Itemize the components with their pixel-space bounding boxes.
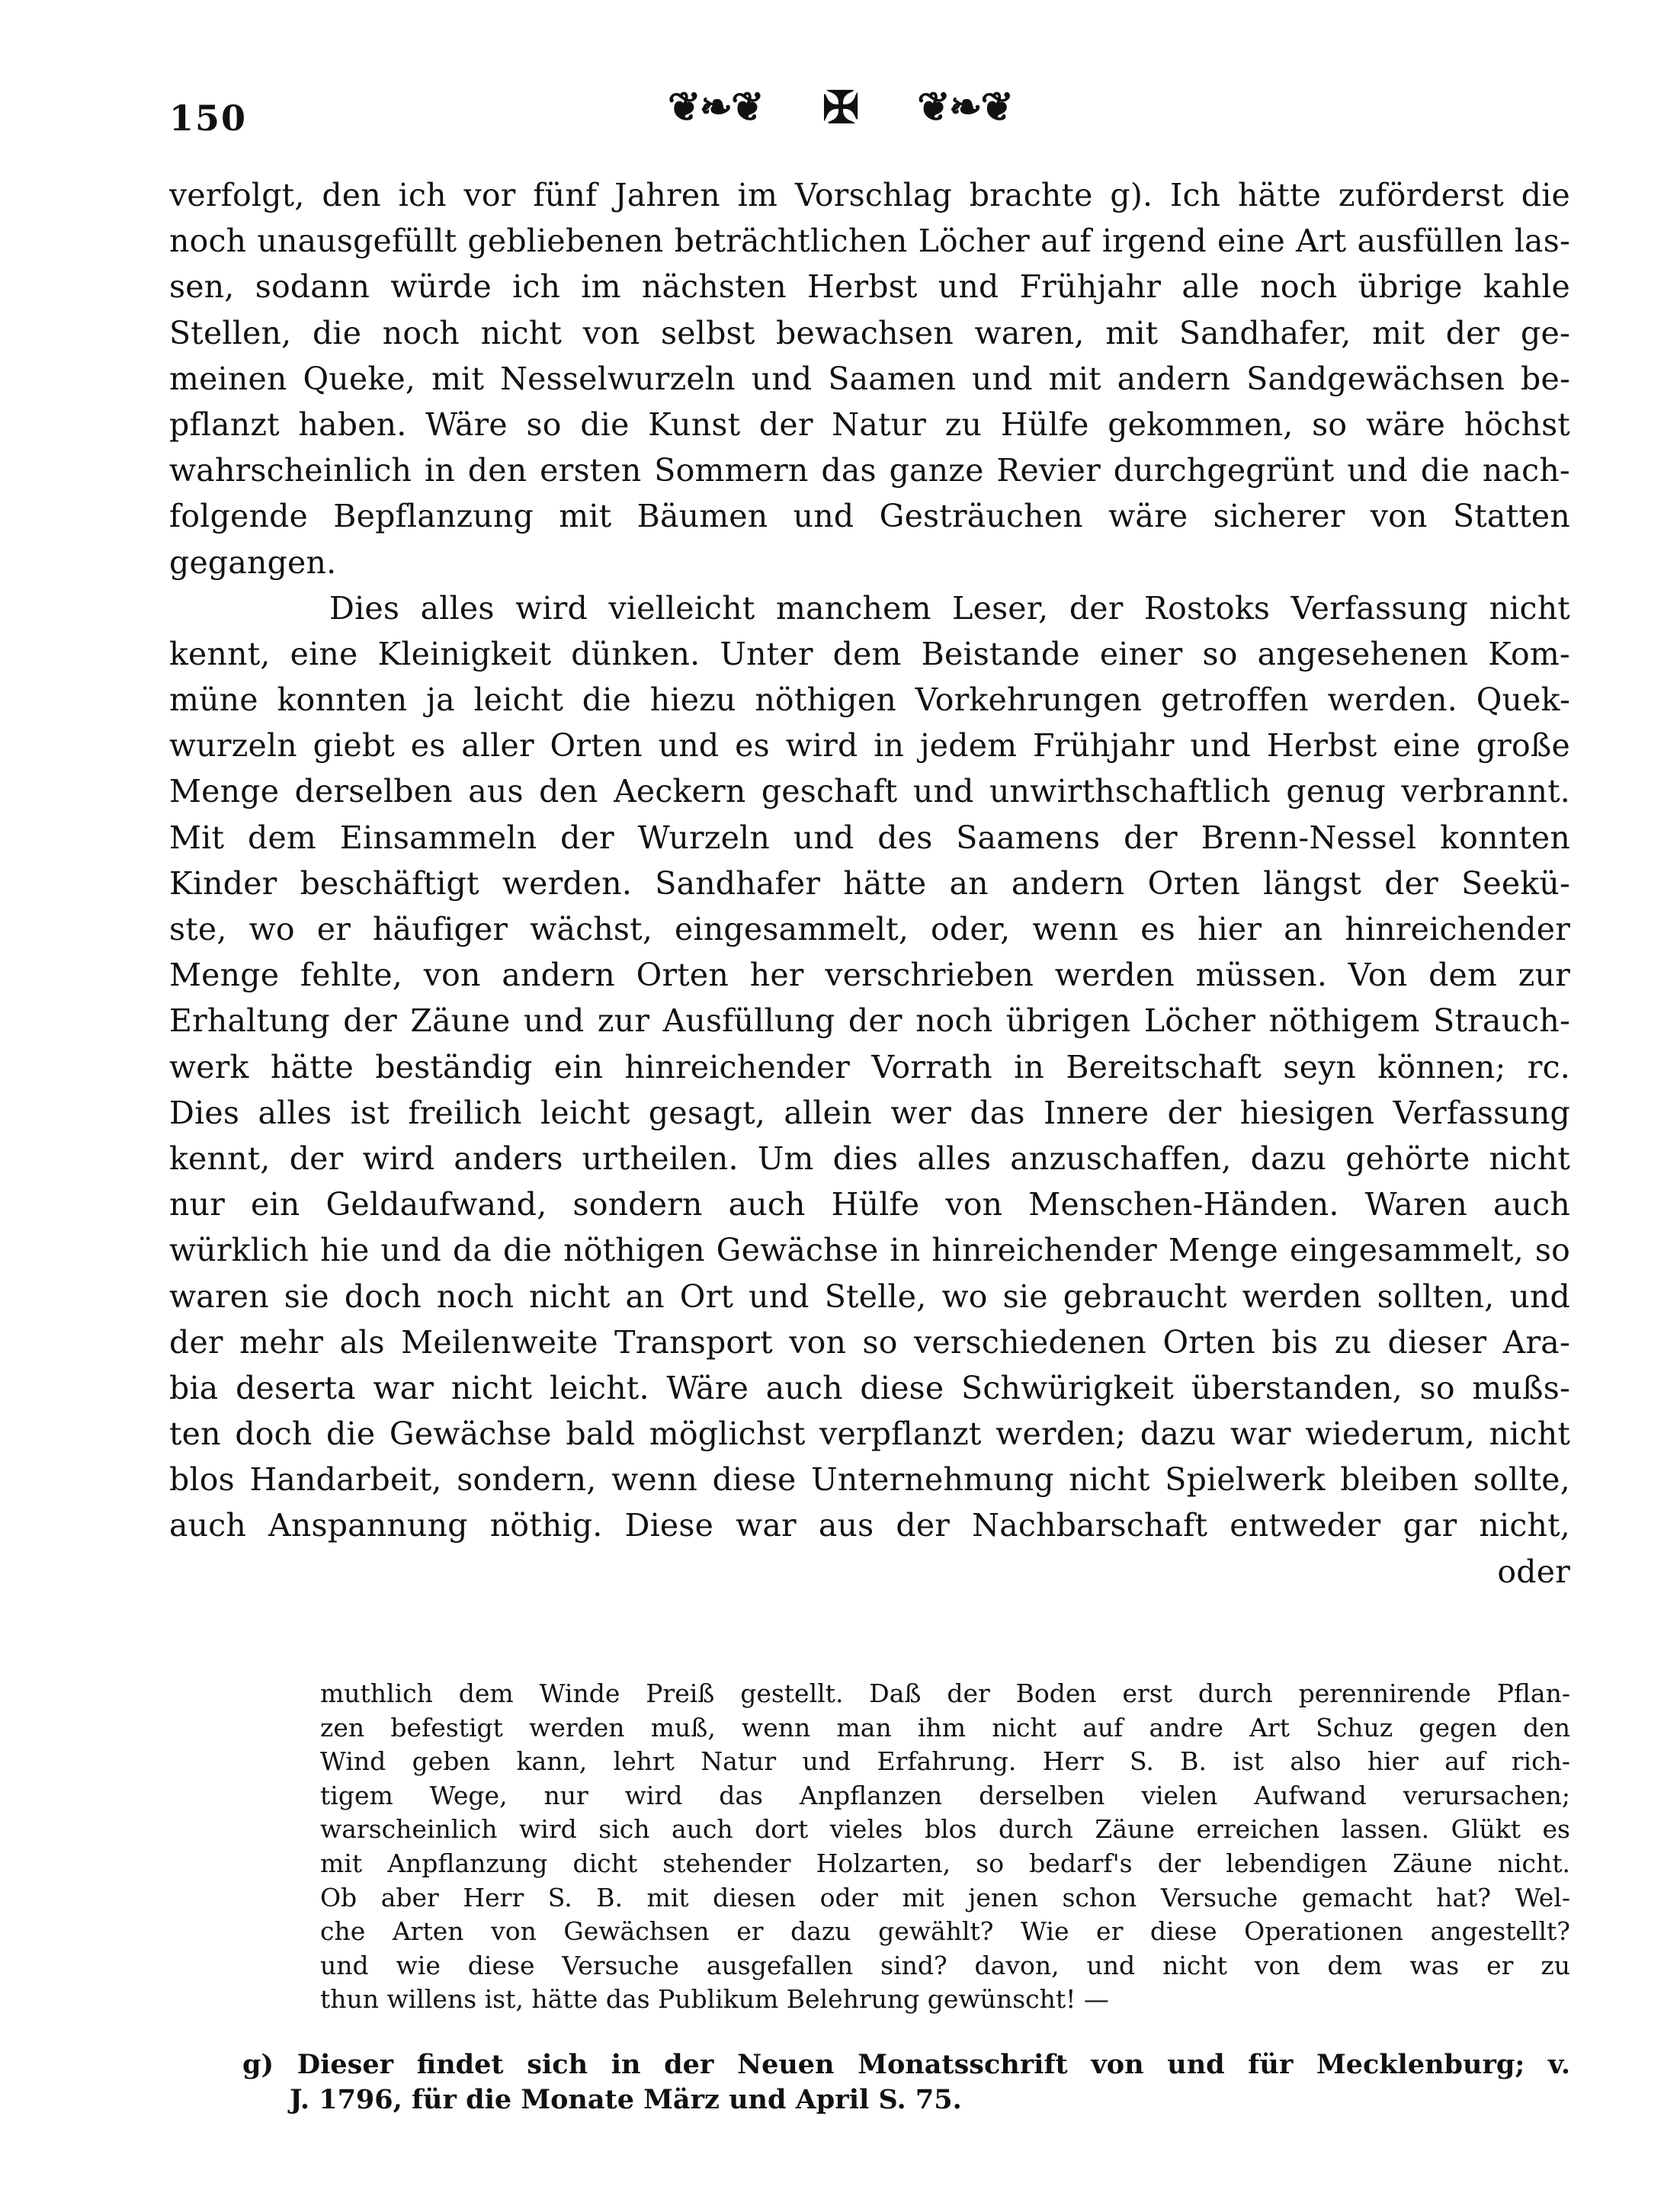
text-line: bia deserta war nicht leicht. Wäre auch … <box>169 1365 1570 1411</box>
footnote-line: mit Anpflanzung dicht stehender Holzarte… <box>320 1847 1570 1881</box>
text-line: gegangen. <box>169 540 1570 585</box>
text-line: Dies alles ist freilich leicht gesagt, a… <box>169 1090 1570 1136</box>
text-line: waren sie doch noch nicht an Ort und Ste… <box>169 1274 1570 1319</box>
text-line: kennt, eine Kleinigkeit dünken. Unter de… <box>169 631 1570 677</box>
main-text-block: verfolgt, den ich vor fünf Jahren im Vor… <box>169 172 1570 1595</box>
footnote-continuation-block: muthlich dem Winde Preiß gestellt. Daß d… <box>320 1677 1570 2017</box>
footnote-line: Ob aber Herr S. B. mit diesen oder mit j… <box>320 1881 1570 1916</box>
footnote-line: tigem Wege, nur wird das Anpflanzen ders… <box>320 1779 1570 1813</box>
text-line: auch Anspannung nöthig. Diese war aus de… <box>169 1502 1570 1548</box>
text-line: Stellen, die noch nicht von selbst bewac… <box>169 310 1570 356</box>
footnote-line: zen befestigt werden muß, wenn man ihm n… <box>320 1711 1570 1746</box>
footnote-line: Wind geben kann, lehrt Natur und Erfahru… <box>320 1745 1570 1779</box>
text-line: sen, sodann würde ich im nächsten Herbst… <box>169 264 1570 309</box>
footnote-line: che Arten von Gewächsen er dazu gewählt?… <box>320 1915 1570 1949</box>
text-line: würklich hie und da die nöthigen Gewächs… <box>169 1227 1570 1273</box>
text-line: ten doch die Gewächse bald möglichst ver… <box>169 1411 1570 1457</box>
text-line: Menge derselben aus den Aeckern geschaft… <box>169 768 1570 814</box>
text-line: meinen Queke, mit Nesselwurzeln und Saam… <box>169 356 1570 402</box>
ornament-right-icon: ❦❧❦ <box>917 88 1012 127</box>
text-line: der mehr als Meilenweite Transport von s… <box>169 1319 1570 1365</box>
text-line: pflanzt haben. Wäre so die Kunst der Nat… <box>169 402 1570 447</box>
catchword: oder <box>169 1549 1570 1595</box>
text-line: Mit dem Einsammeln der Wurzeln und des S… <box>169 815 1570 861</box>
text-line: ste, wo er häufiger wächst, eingesammelt… <box>169 906 1570 952</box>
text-line: blos Handarbeit, sondern, wenn diese Unt… <box>169 1457 1570 1502</box>
text-line: kennt, der wird anders urtheilen. Um die… <box>169 1136 1570 1181</box>
header-ornament: ❦❧❦ ✠ ❦❧❦ <box>0 85 1680 130</box>
text-line: wurzeln giebt es aller Orten und es wird… <box>169 723 1570 768</box>
footnote-line: und wie diese Versuche ausgefallen sind?… <box>320 1949 1570 1983</box>
text-line: wahrscheinlich in den ersten Sommern das… <box>169 447 1570 493</box>
text-line: werk hätte beständig ein hinreichender V… <box>169 1044 1570 1090</box>
text-line: noch unausgefüllt gebliebenen beträchtli… <box>169 218 1570 264</box>
footnote-g-line: J. 1796, für die Monate März und April S… <box>242 2082 1570 2118</box>
ornament-center-icon: ✠ <box>822 85 858 130</box>
text-line: nur ein Geldaufwand, sondern auch Hülfe … <box>169 1181 1570 1227</box>
text-line: müne konnten ja leicht die hiezu nöthige… <box>169 677 1570 723</box>
text-line: verfolgt, den ich vor fünf Jahren im Vor… <box>169 172 1570 218</box>
footnote-g-line: g) Dieser findet sich in der Neuen Monat… <box>242 2047 1570 2082</box>
text-line: Kinder beschäftigt werden. Sandhafer hät… <box>169 861 1570 906</box>
text-line: Menge fehlte, von andern Orten her versc… <box>169 952 1570 998</box>
ornament-left-icon: ❦❧❦ <box>668 88 763 127</box>
footnote-line: muthlich dem Winde Preiß gestellt. Daß d… <box>320 1677 1570 1711</box>
text-line: folgende Bepflanzung mit Bäumen und Gest… <box>169 493 1570 539</box>
footnote-line: warscheinlich wird sich auch dort vieles… <box>320 1813 1570 1847</box>
text-line: Erhaltung der Zäune und zur Ausfüllung d… <box>169 998 1570 1044</box>
footnote-line: thun willens ist, hätte das Publikum Bel… <box>320 1983 1570 2017</box>
paragraph-start-line: Dies alles wird vielleicht manchem Leser… <box>169 585 1570 631</box>
footnote-g: g) Dieser findet sich in der Neuen Monat… <box>242 2047 1570 2118</box>
